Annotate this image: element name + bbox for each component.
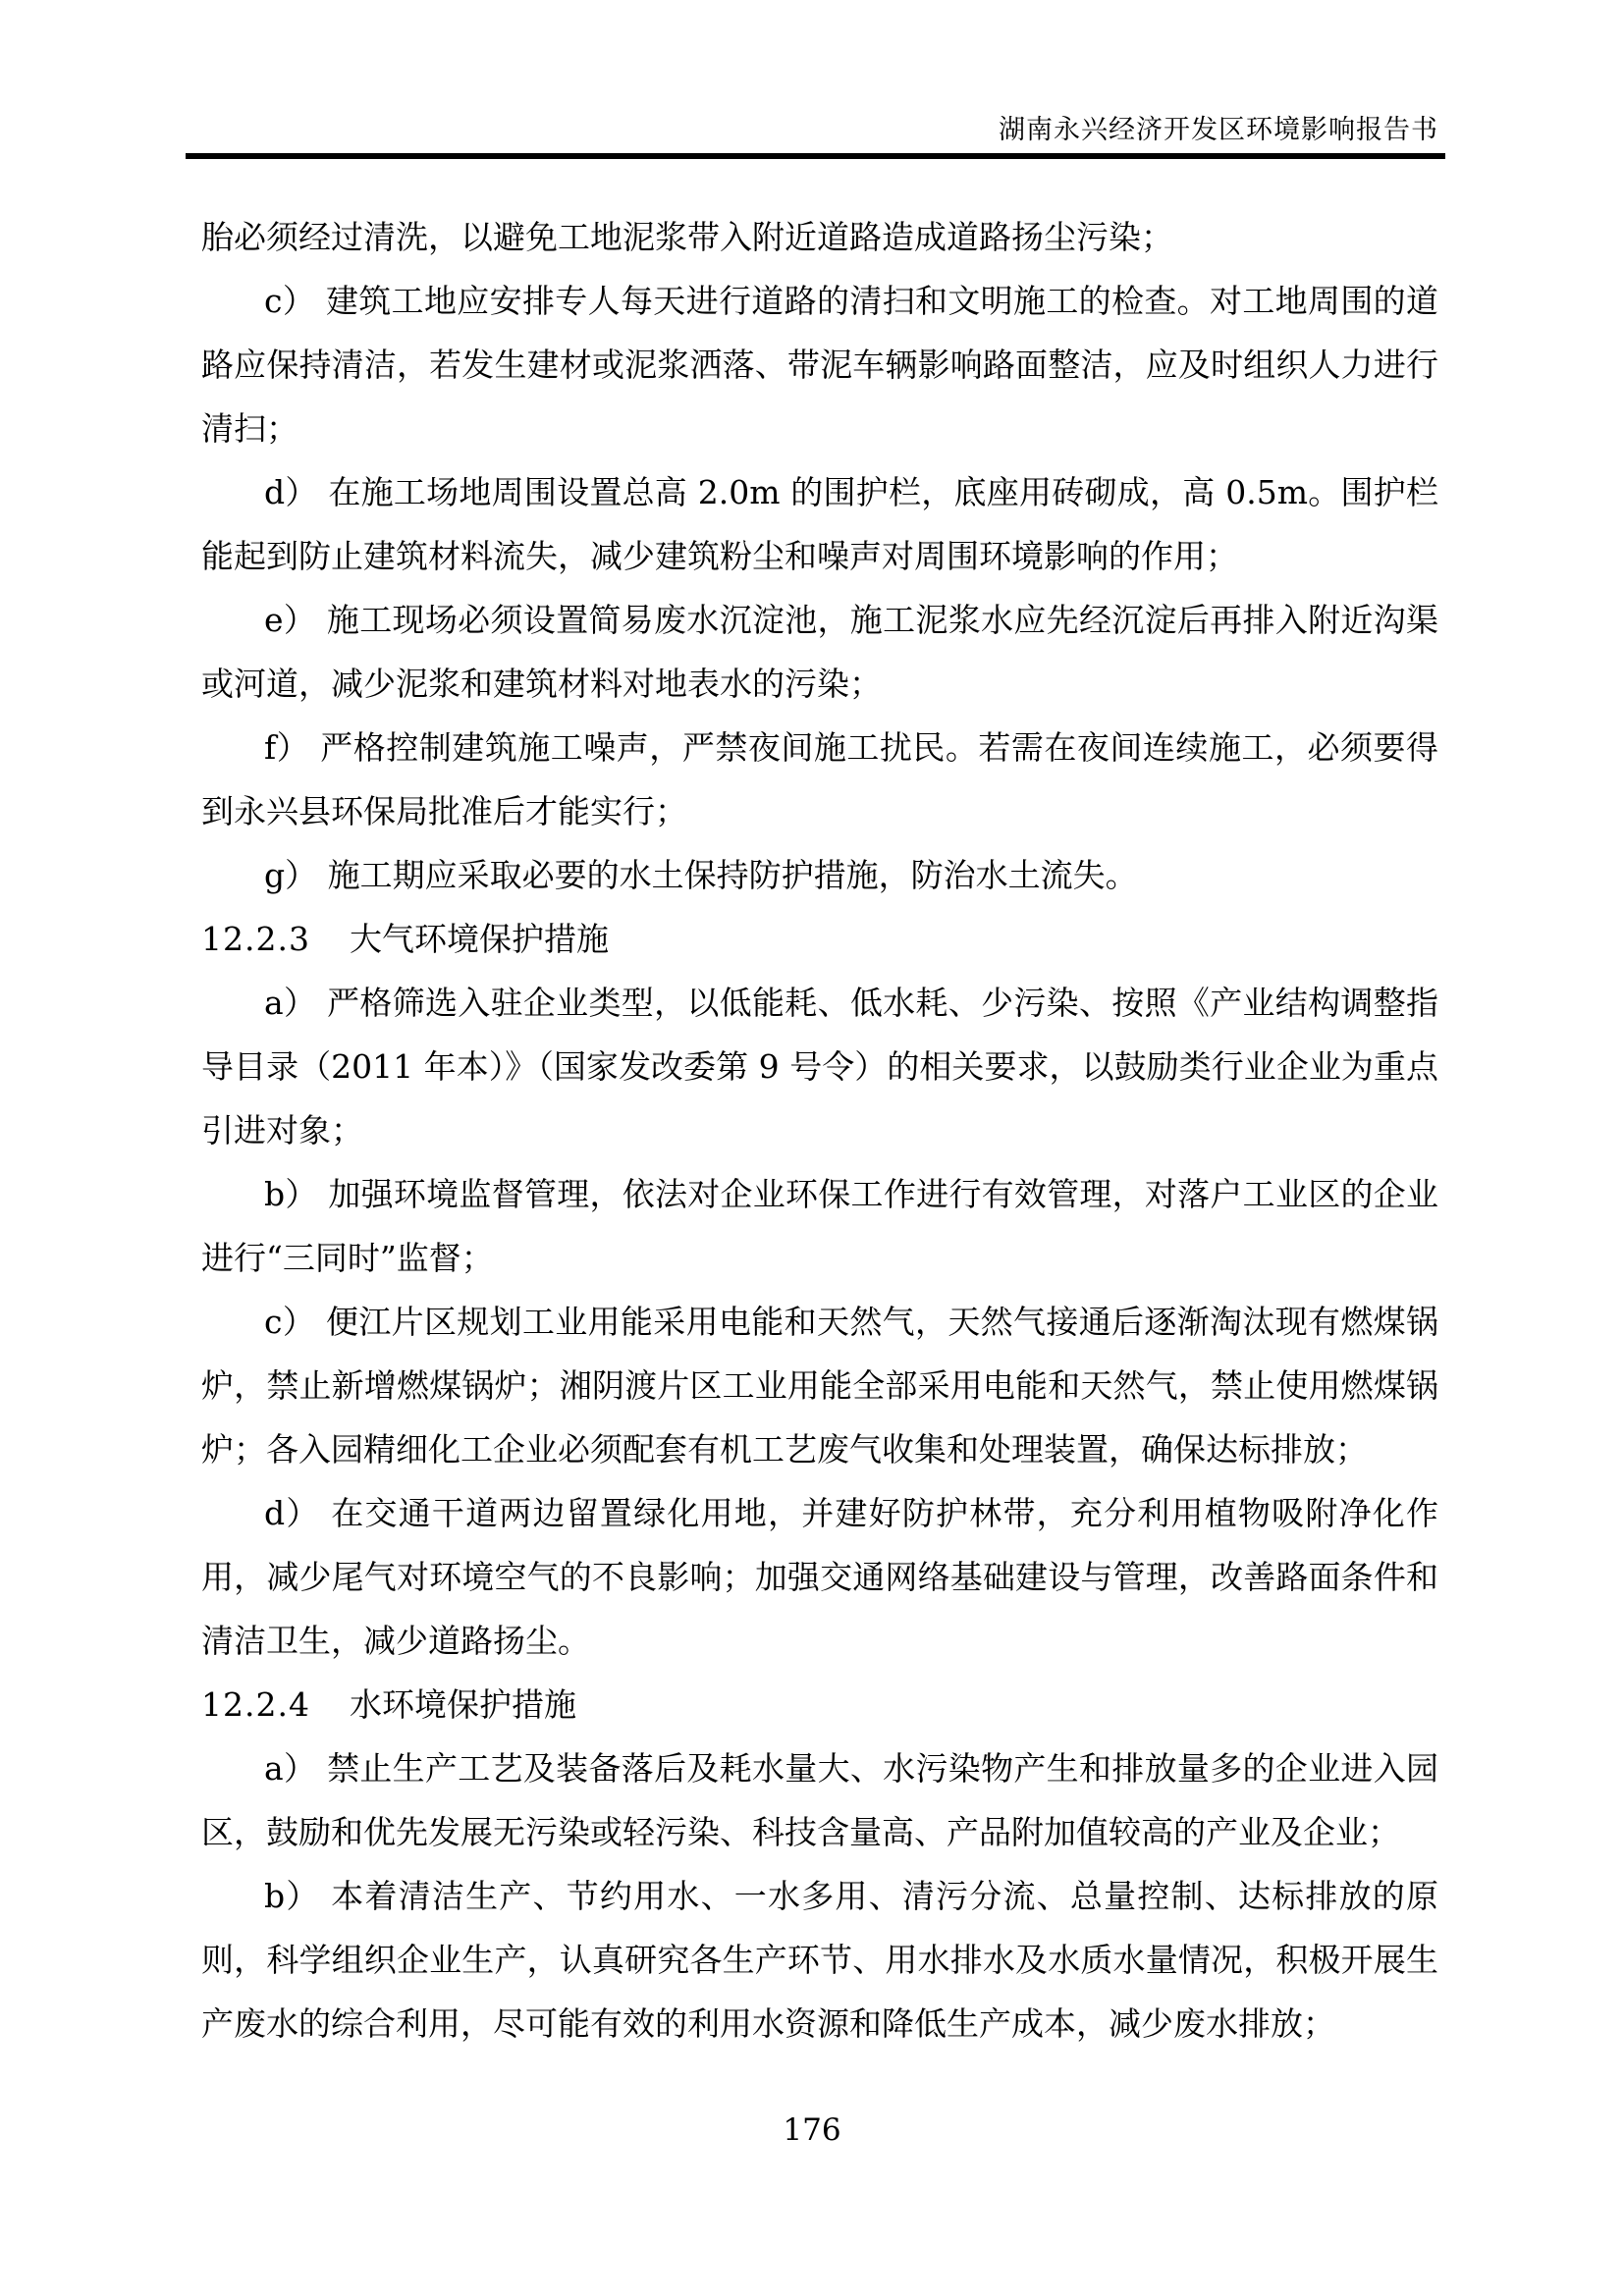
- paragraph: b） 加强环境监督管理，依法对企业环保工作进行有效管理，对落户工业区的企业进行“…: [201, 1162, 1438, 1290]
- document-body: 胎必须经过清洗，以避免工地泥浆带入附近道路造成道路扬尘污染；c） 建筑工地应安排…: [201, 205, 1438, 2056]
- page-number: 176: [783, 2112, 840, 2148]
- paragraph: a） 严格筛选入驻企业类型，以低能耗、低水耗、少污染、按照《产业结构调整指导目录…: [201, 971, 1438, 1162]
- paragraph: g） 施工期应采取必要的水土保持防护措施，防治水土流失。: [201, 843, 1438, 907]
- paragraph: e） 施工现场必须设置简易废水沉淀池，施工泥浆水应先经沉淀后再排入附近沟渠或河道…: [201, 588, 1438, 716]
- section-number: 12.2.3: [201, 920, 310, 958]
- paragraph: c） 建筑工地应安排专人每天进行道路的清扫和文明施工的检查。对工地周围的道路应保…: [201, 269, 1438, 460]
- paragraph: c） 便江片区规划工业用能采用电能和天然气，天然气接通后逐渐淘汰现有燃煤锅炉，禁…: [201, 1290, 1438, 1481]
- header-title: 湖南永兴经济开发区环境影响报告书: [999, 115, 1438, 145]
- paragraph: d） 在交通干道两边留置绿化用地，并建好防护林带，充分利用植物吸附净化作用，减少…: [201, 1481, 1438, 1673]
- page-header: 湖南永兴经济开发区环境影响报告书: [186, 114, 1445, 159]
- page-footer: 176: [0, 2112, 1624, 2148]
- section-title: 水环境保护措施: [350, 1685, 576, 1724]
- document-page: 湖南永兴经济开发区环境影响报告书 胎必须经过清洗，以避免工地泥浆带入附近道路造成…: [0, 0, 1624, 2296]
- section-number: 12.2.4: [201, 1685, 310, 1724]
- section-heading: 12.2.4水环境保护措施: [201, 1673, 1438, 1736]
- section-heading: 12.2.3大气环境保护措施: [201, 907, 1438, 971]
- paragraph: d） 在施工场地周围设置总高 2.0m 的围护栏，底座用砖砌成，高 0.5m。围…: [201, 460, 1438, 588]
- paragraph: 胎必须经过清洗，以避免工地泥浆带入附近道路造成道路扬尘污染；: [201, 205, 1438, 269]
- paragraph: b） 本着清洁生产、节约用水、一水多用、清污分流、总量控制、达标排放的原则，科学…: [201, 1864, 1438, 2056]
- section-title: 大气环境保护措施: [350, 920, 609, 958]
- paragraph: a） 禁止生产工艺及装备落后及耗水量大、水污染物产生和排放量多的企业进入园区，鼓…: [201, 1736, 1438, 1864]
- paragraph: f） 严格控制建筑施工噪声，严禁夜间施工扰民。若需在夜间连续施工，必须要得到永兴…: [201, 716, 1438, 843]
